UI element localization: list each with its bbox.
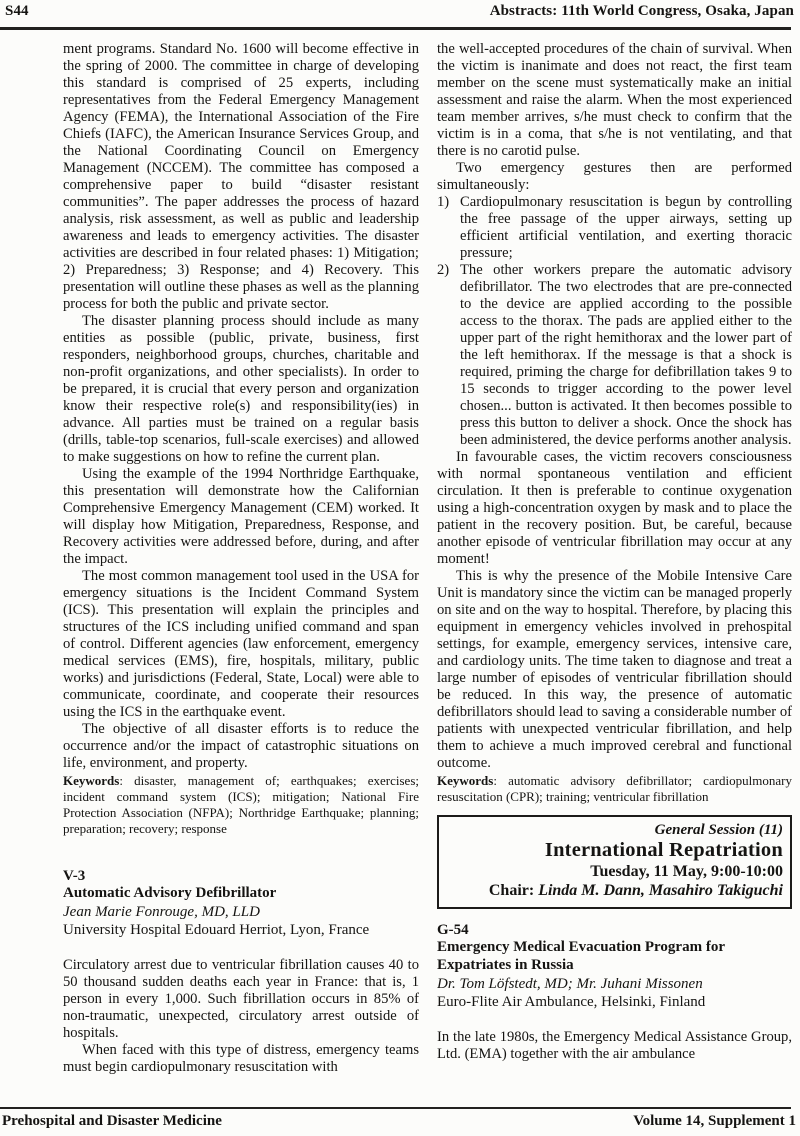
abstract-title: Emergency Medical Evacuation Program for… [437, 939, 792, 975]
footer-rule [0, 1107, 791, 1109]
list-item: 2) The other workers prepare the automat… [437, 262, 792, 449]
abstract-paragraph: The disaster planning process should inc… [63, 313, 419, 466]
volume-info: Volume 14, Supplement 1 [633, 1113, 796, 1130]
abstract-header-v3: V-3 Automatic Advisory Defibrillator Jea… [63, 867, 419, 939]
abstract-paragraph: ment programs. Standard No. 1600 will be… [63, 41, 419, 313]
abstract-paragraph: Circulatory arrest due to ventricular fi… [63, 957, 419, 1042]
abstract-affiliation: University Hospital Edouard Herriot, Lyo… [63, 921, 419, 939]
abstract-paragraph: The most common management tool used in … [63, 568, 419, 721]
abstract-paragraph: In favourable cases, the victim recovers… [437, 449, 792, 568]
running-title: Abstracts: 11th World Congress, Osaka, J… [490, 3, 794, 20]
journal-name: Prehospital and Disaster Medicine [2, 1113, 222, 1130]
session-title: International Repatriation [445, 839, 783, 862]
running-head: S44 Abstracts: 11th World Congress, Osak… [5, 3, 794, 20]
two-column-body: ment programs. Standard No. 1600 will be… [63, 41, 792, 1105]
session-chair: Chair: Linda M. Dann, Masahiro Takiguchi [445, 881, 783, 901]
session-box: General Session (11) International Repat… [437, 815, 792, 909]
keywords: Keywords: disaster, management of; earth… [63, 773, 419, 837]
abstract-affiliation: Euro-Flite Air Ambulance, Helsinki, Finl… [437, 993, 792, 1011]
abstract-authors: Dr. Tom Löfstedt, MD; Mr. Juhani Missone… [437, 975, 792, 993]
page-number: S44 [5, 3, 29, 20]
numbered-list: 1) Cardiopulmonary resuscitation is begu… [437, 194, 792, 449]
abstract-paragraph: The objective of all disaster efforts is… [63, 721, 419, 772]
list-item-number: 1) [437, 194, 449, 211]
list-item-text: The other workers prepare the automatic … [460, 262, 792, 448]
abstract-paragraph: Using the example of the 1994 Northridge… [63, 466, 419, 568]
abstract-paragraph: the well-accepted procedures of the chai… [437, 41, 792, 160]
list-item-number: 2) [437, 262, 449, 279]
journal-page: S44 Abstracts: 11th World Congress, Osak… [0, 0, 800, 1136]
abstract-paragraph: In the late 1980s, the Emergency Medical… [437, 1029, 792, 1063]
abstract-id: V-3 [63, 867, 419, 885]
abstract-id: G-54 [437, 921, 792, 939]
abstract-header-g54: G-54 Emergency Medical Evacuation Progra… [437, 921, 792, 1011]
abstract-paragraph: This is why the presence of the Mobile I… [437, 568, 792, 772]
abstract-paragraph: When faced with this type of distress, e… [63, 1042, 419, 1076]
session-time: Tuesday, 11 May, 9:00-10:00 [445, 862, 783, 881]
chair-label: Chair: [489, 882, 538, 899]
keywords-label: Keywords [437, 773, 493, 788]
abstract-paragraph: Two emergency gestures then are performe… [437, 160, 792, 194]
session-kind: General Session (11) [445, 821, 783, 839]
running-foot: Prehospital and Disaster Medicine Volume… [2, 1113, 796, 1130]
header-rule [0, 27, 791, 30]
list-item-text: Cardiopulmonary resuscitation is begun b… [460, 194, 792, 261]
left-column: ment programs. Standard No. 1600 will be… [63, 41, 419, 1105]
right-column: the well-accepted procedures of the chai… [437, 41, 792, 1105]
list-item: 1) Cardiopulmonary resuscitation is begu… [437, 194, 792, 262]
abstract-authors: Jean Marie Fonrouge, MD, LLD [63, 903, 419, 921]
keywords-label: Keywords [63, 773, 119, 788]
chair-names: Linda M. Dann, Masahiro Takiguchi [538, 882, 783, 899]
abstract-title: Automatic Advisory Defibrillator [63, 885, 419, 903]
keywords: Keywords: automatic advisory defibrillat… [437, 773, 792, 805]
